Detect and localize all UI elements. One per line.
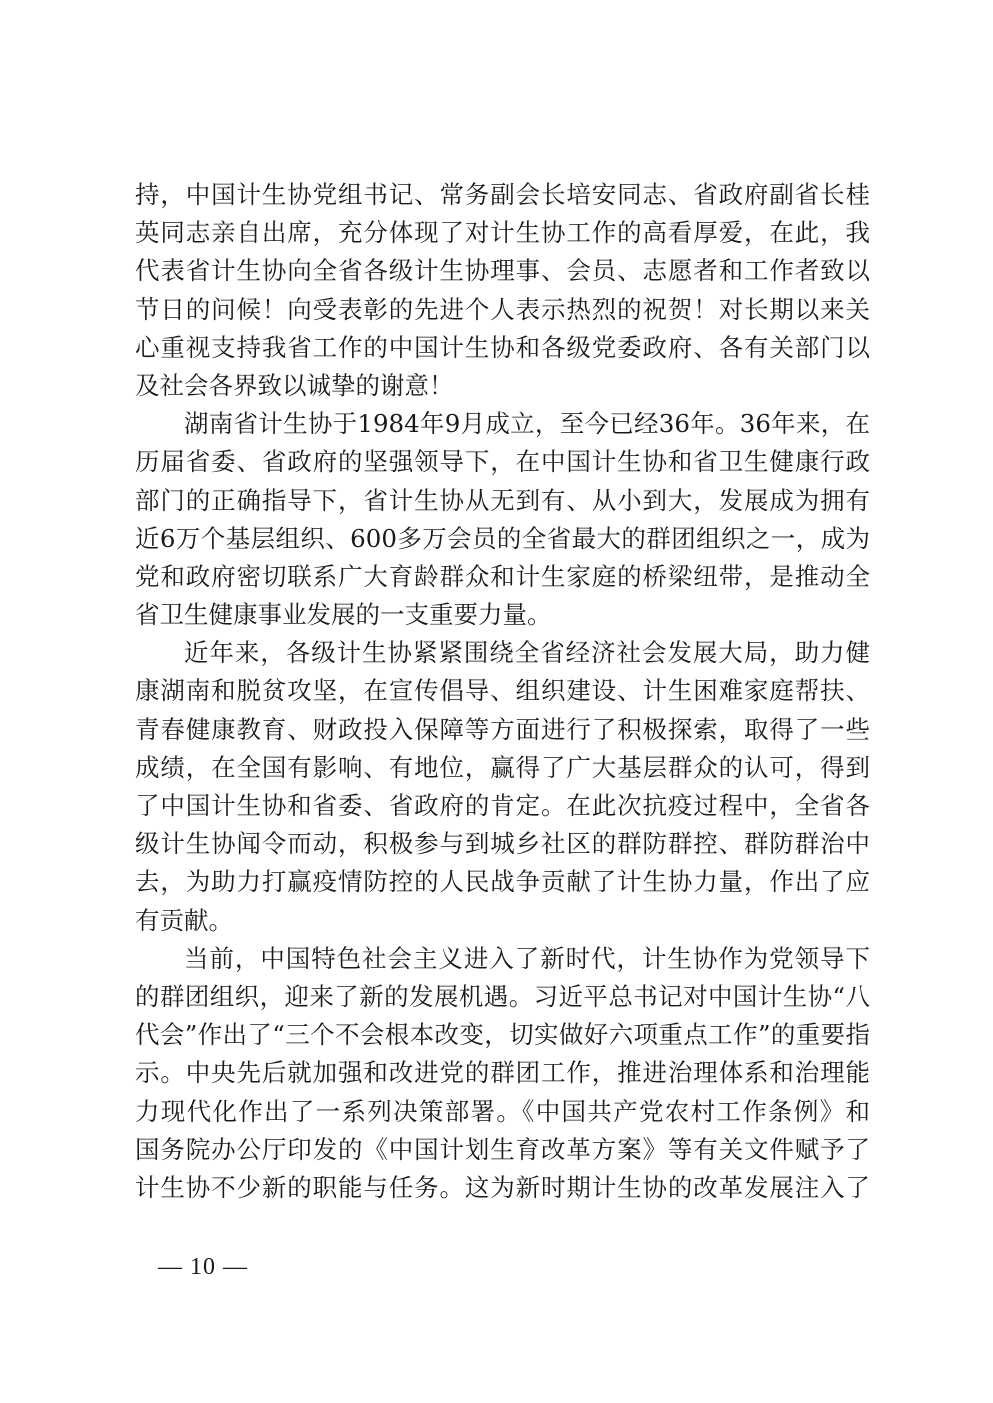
text-line: 成绩，在全国有影响、有地位，赢得了广大基层群众的认可，得到 xyxy=(135,749,870,787)
paragraph-thanks: 持，中国计生协党组书记、常务副会长培安同志、省政府副省长桂 英同志亲自出席，充分… xyxy=(135,176,870,405)
text-line: 党和政府密切联系广大育龄群众和计生家庭的桥梁纽带，是推动全 xyxy=(135,558,870,596)
page-number: — 10 — xyxy=(158,1254,248,1281)
text-line: 青春健康教育、财政投入保障等方面进行了积极探索，取得了一些 xyxy=(135,711,870,749)
text-line: 近6万个基层组织、600多万会员的全省最大的群团组织之一，成为 xyxy=(135,520,870,558)
text-line: 了中国计生协和省委、省政府的肯定。在此次抗疫过程中，全省各 xyxy=(135,787,870,825)
text-line: 级计生协闻令而动，积极参与到城乡社区的群防群控、群防群治中 xyxy=(135,825,870,863)
text-line: 持，中国计生协党组书记、常务副会长培安同志、省政府副省长桂 xyxy=(135,176,870,214)
text-line: 计生协不少新的职能与任务。这为新时期计生协的改革发展注入了 xyxy=(135,1169,870,1207)
text-line: 湖南省计生协于1984年9月成立，至今已经36年。36年来，在 xyxy=(135,405,870,443)
text-line: 康湖南和脱贫攻坚，在宣传倡导、组织建设、计生困难家庭帮扶、 xyxy=(135,672,870,710)
body-text: 持，中国计生协党组书记、常务副会长培安同志、省政府副省长桂 英同志亲自出席，充分… xyxy=(135,176,870,1207)
text-line: 历届省委、省政府的坚强领导下，在中国计生协和省卫生健康行政 xyxy=(135,443,870,481)
text-line: 心重视支持我省工作的中国计生协和各级党委政府、各有关部门以 xyxy=(135,329,870,367)
text-line: 国务院办公厅印发的《中国计划生育改革方案》等有关文件赋予了 xyxy=(135,1131,870,1169)
paragraph-new-era: 当前，中国特色社会主义进入了新时代，计生协作为党领导下 的群团组织，迎来了新的发… xyxy=(135,940,870,1207)
text-line: 去，为助力打赢疫情防控的人民战争贡献了计生协力量，作出了应 xyxy=(135,863,870,901)
text-line: 代表省计生协向全省各级计生协理事、会员、志愿者和工作者致以 xyxy=(135,252,870,290)
text-line: 的群团组织，迎来了新的发展机遇。习近平总书记对中国计生协“八 xyxy=(135,978,870,1016)
text-line: 节日的问候！向受表彰的先进个人表示热烈的祝贺！对长期以来关 xyxy=(135,291,870,329)
text-line: 部门的正确指导下，省计生协从无到有、从小到大，发展成为拥有 xyxy=(135,482,870,520)
text-line: 省卫生健康事业发展的一支重要力量。 xyxy=(135,596,870,634)
text-line: 示。中央先后就加强和改进党的群团工作，推进治理体系和治理能 xyxy=(135,1054,870,1092)
document-page: 持，中国计生协党组书记、常务副会长培安同志、省政府副省长桂 英同志亲自出席，充分… xyxy=(0,0,993,1403)
text-line: 有贡献。 xyxy=(135,902,870,940)
text-line: 近年来，各级计生协紧紧围绕全省经济社会发展大局，助力健 xyxy=(135,634,870,672)
text-line: 英同志亲自出席，充分体现了对计生协工作的高看厚爱，在此，我 xyxy=(135,214,870,252)
paragraph-achievements: 近年来，各级计生协紧紧围绕全省经济社会发展大局，助力健 康湖南和脱贫攻坚，在宣传… xyxy=(135,634,870,940)
text-line: 力现代化作出了一系列决策部署。《中国共产党农村工作条例》和 xyxy=(135,1093,870,1131)
paragraph-history: 湖南省计生协于1984年9月成立，至今已经36年。36年来，在 历届省委、省政府… xyxy=(135,405,870,634)
text-line: 及社会各界致以诚挚的谢意！ xyxy=(135,367,870,405)
text-line: 当前，中国特色社会主义进入了新时代，计生协作为党领导下 xyxy=(135,940,870,978)
text-line: 代会”作出了“三个不会根本改变，切实做好六项重点工作”的重要指 xyxy=(135,1016,870,1054)
